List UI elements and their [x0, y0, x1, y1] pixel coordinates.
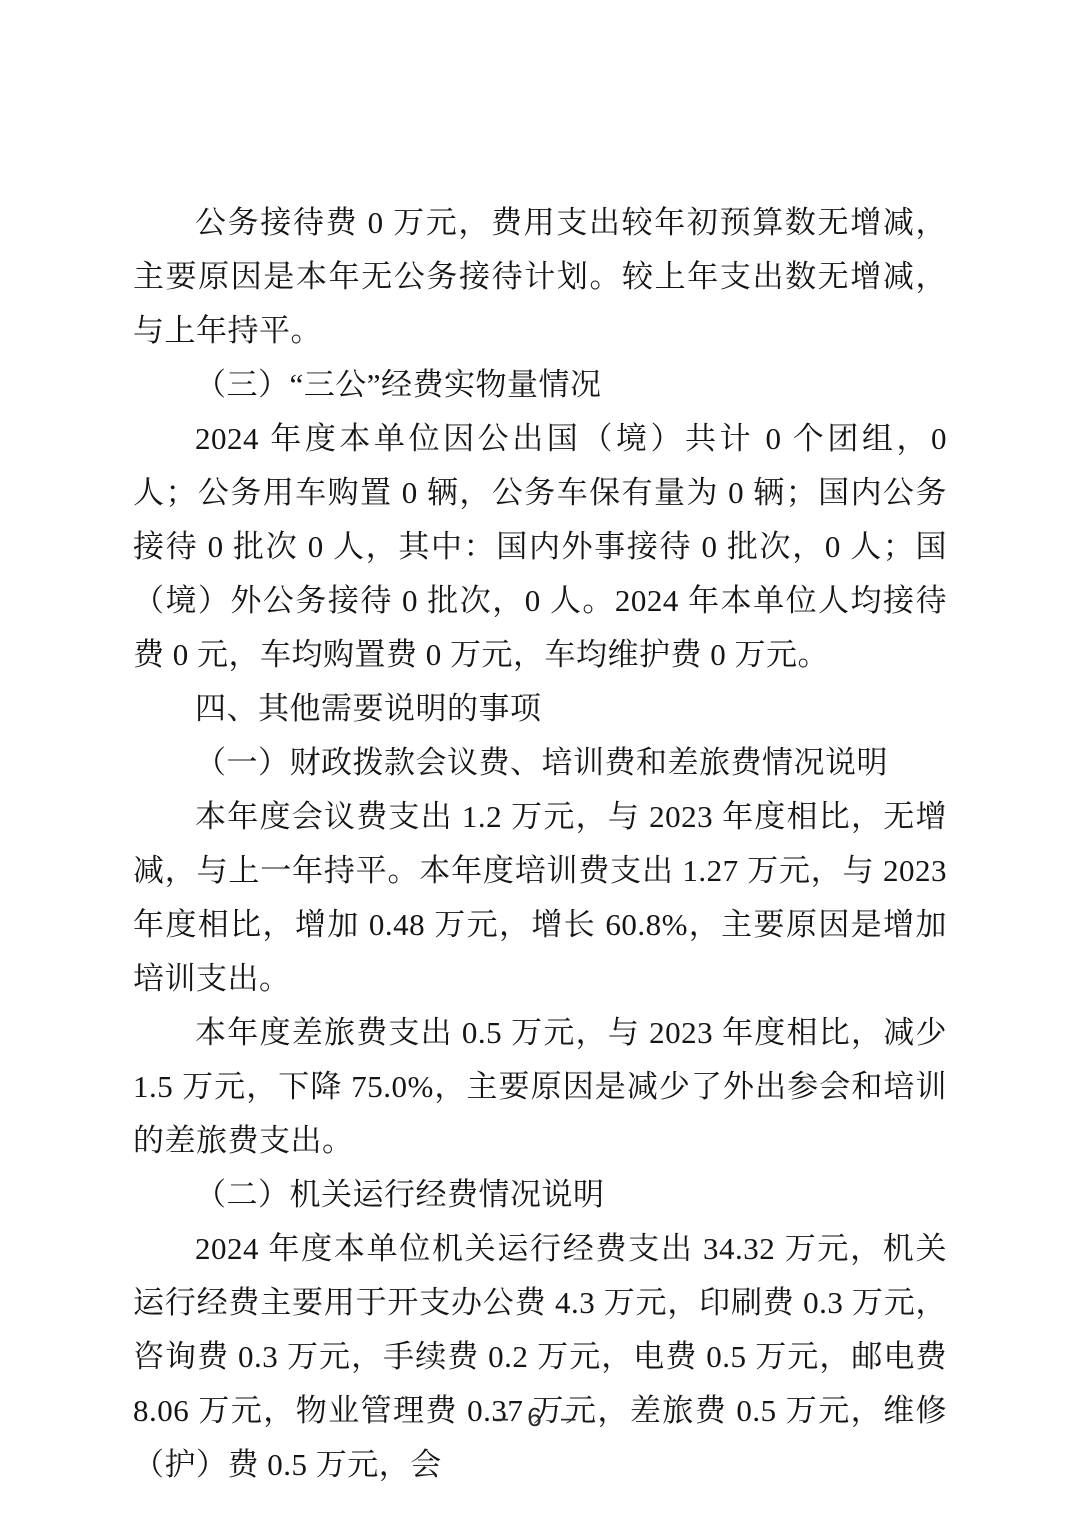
paragraph-operating-expense: 2024 年度本单位机关运行经费支出 34.32 万元，机关运行经费主要用于开支…: [133, 1222, 947, 1492]
page-number: – 6 –: [0, 1402, 1075, 1433]
heading-subsection-one-meeting-training-travel: （一）财政拨款会议费、培训费和差旅费情况说明: [133, 736, 947, 790]
paragraph-physical-quantity: 2024 年度本单位因公出国（境）共计 0 个团组，0 人；公务用车购置 0 辆…: [133, 412, 947, 682]
paragraph-travel-expense: 本年度差旅费支出 0.5 万元，与 2023 年度相比，减少 1.5 万元，下降…: [133, 1006, 947, 1168]
document-page: 公务接待费 0 万元，费用支出较年初预算数无增减，主要原因是本年无公务接待计划。…: [133, 196, 947, 1492]
heading-subsection-two-operating-expense: （二）机关运行经费情况说明: [133, 1168, 947, 1222]
heading-section-four-other-matters: 四、其他需要说明的事项: [133, 682, 947, 736]
heading-section-three-physical-quantity: （三）“三公”经费实物量情况: [133, 358, 947, 412]
paragraph-meeting-training-expense: 本年度会议费支出 1.2 万元，与 2023 年度相比，无增减，与上一年持平。本…: [133, 790, 947, 1006]
paragraph-reception-expense: 公务接待费 0 万元，费用支出较年初预算数无增减，主要原因是本年无公务接待计划。…: [133, 196, 947, 358]
